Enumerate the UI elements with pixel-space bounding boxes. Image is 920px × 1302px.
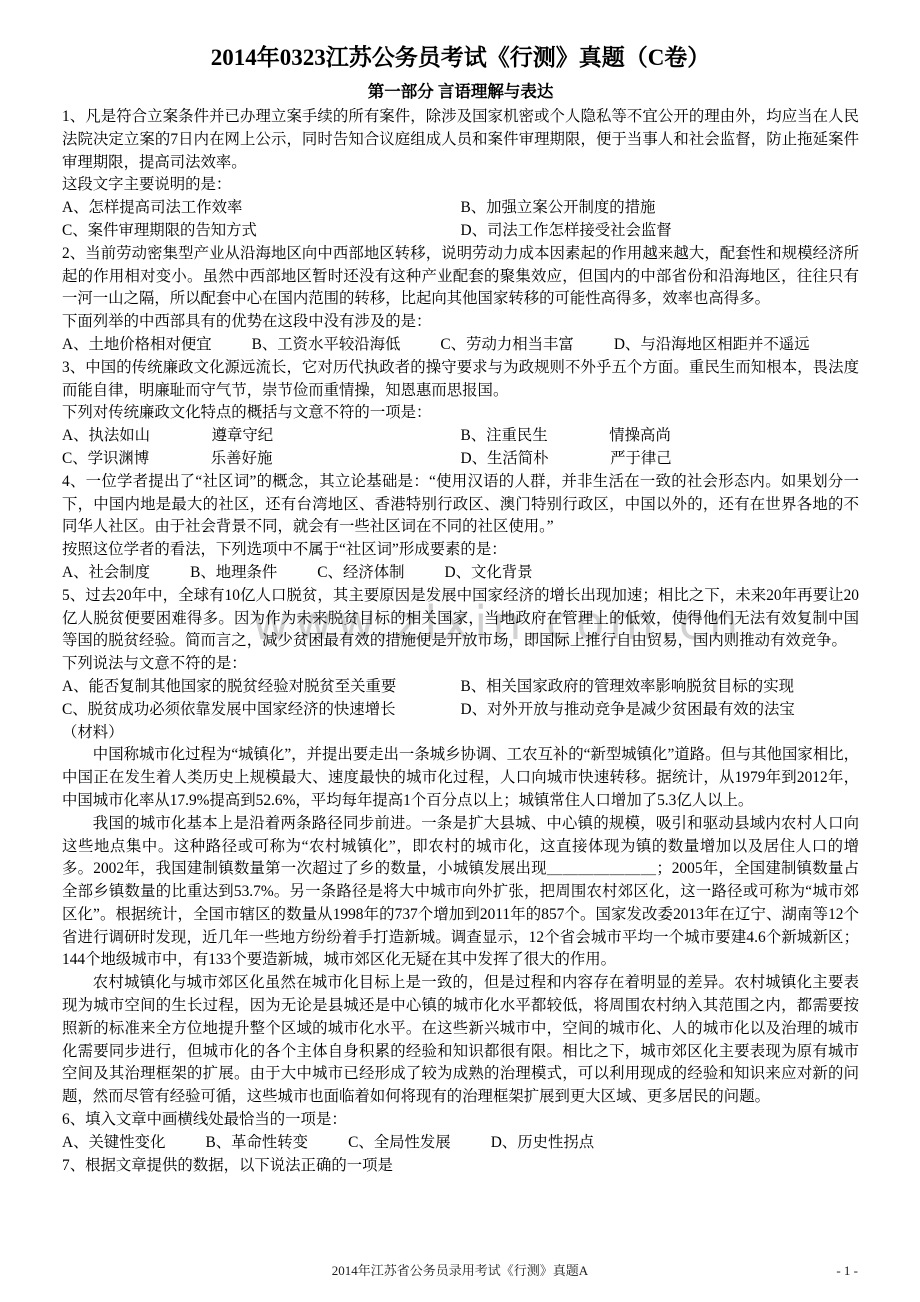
document-content: 2014年0323江苏公务员考试《行测》真题（C卷） 第一部分 言语理解与表达 … [62,44,859,1177]
section-heading: 第一部分 言语理解与表达 [62,81,859,103]
question-5-stem: 5、过去20年中，全球有10亿人口脱贫，其主要原因是发展中国家经济的增长出现加速… [62,585,859,653]
option-c: C、案件审理期限的告知方式 [62,220,461,243]
option-d: D、对外开放与推动竞争是减少贫困最有效的法宝 [461,699,860,722]
footer-page-number: - 1 - [836,1262,858,1280]
question-1-options: A、怎样提高司法工作效率 B、加强立案公开制度的措施 C、案件审理期限的告知方式… [62,197,859,243]
question-2-prompt: 下面列举的中西部具有的优势在这段中没有涉及的是： [62,311,859,334]
option-d: D、历史性拐点 [491,1132,594,1155]
question-5-prompt: 下列说法与文意不符的是： [62,653,859,676]
option-b: B、工资水平较沿海低 [252,334,401,357]
option-d: D、司法工作怎样接受社会监督 [461,220,860,243]
option-a: A、社会制度 [62,562,150,585]
material-paragraph-2: 我国的城市化基本上是沿着两条路径同步前进。一条是扩大县城、中心镇的规模，吸引和驱… [62,813,859,973]
material-paragraph-1: 中国称城市化过程为“城镇化”，并提出要走出一条城乡协调、工农互补的“新型城镇化”… [62,744,859,812]
footer-document-title: 2014年江苏省公务员录用考试《行测》真题A [62,1262,858,1280]
option-c: C、经济体制 [317,562,404,585]
option-a: A、关键性变化 [62,1132,165,1155]
page-footer: 2014年江苏省公务员录用考试《行测》真题A - 1 - [62,1262,858,1282]
option-d: D、生活简朴 严于律己 [461,448,860,471]
question-4-prompt: 按照这位学者的看法，下列选项中不属于“社区词”形成要素的是： [62,539,859,562]
option-d: D、与沿海地区相距并不遥远 [614,334,810,357]
material-label: （材料） [62,722,859,745]
option-c: C、学识渊博 乐善好施 [62,448,461,471]
question-3-stem: 3、中国的传统廉政文化源远流长，它对历代执政者的操守要求与为政规则不外乎五个方面… [62,357,859,403]
page-title: 2014年0323江苏公务员考试《行测》真题（C卷） [62,44,859,72]
option-c: C、劳动力相当丰富 [440,334,573,357]
question-1-prompt: 这段文字主要说明的是： [62,174,859,197]
question-4-options: A、社会制度 B、地理条件 C、经济体制 D、文化背景 [62,562,859,585]
option-c: C、脱贫成功必须依靠发展中国家经济的快速增长 [62,699,461,722]
option-b: B、革命性转变 [205,1132,308,1155]
question-6-prompt: 6、填入文章中画横线处最恰当的一项是： [62,1109,859,1132]
question-3-options: A、执法如山 遵章守纪 B、注重民生 情操高尚 C、学识渊博 乐善好施 D、生活… [62,425,859,471]
question-4-stem: 4、一位学者提出了“社区词”的概念，其立论基础是：“使用汉语的人群，并非生活在一… [62,471,859,539]
option-c: C、全局性发展 [348,1132,451,1155]
option-a: A、能否复制其他国家的脱贫经验对脱贫至关重要 [62,676,461,699]
option-d: D、文化背景 [445,562,533,585]
option-b: B、注重民生 情操高尚 [461,425,860,448]
question-6-options: A、关键性变化 B、革命性转变 C、全局性发展 D、历史性拐点 [62,1132,859,1155]
question-2-options: A、土地价格相对便宜 B、工资水平较沿海低 C、劳动力相当丰富 D、与沿海地区相… [62,334,859,357]
question-3-prompt: 下列对传统廉政文化特点的概括与文意不符的一项是： [62,402,859,425]
option-a: A、执法如山 遵章守纪 [62,425,461,448]
option-b: B、相关国家政府的管理效率影响脱贫目标的实现 [461,676,860,699]
question-5-options: A、能否复制其他国家的脱贫经验对脱贫至关重要 B、相关国家政府的管理效率影响脱贫… [62,676,859,722]
option-a: A、土地价格相对便宜 [62,334,212,357]
question-1-stem: 1、凡是符合立案条件并已办理立案手续的所有案件，除涉及国家机密或个人隐私等不宜公… [62,106,859,174]
option-a: A、怎样提高司法工作效率 [62,197,461,220]
material-paragraph-3: 农村城镇化与城市郊区化虽然在城市化目标上是一致的，但是过程和内容存在着明显的差异… [62,972,859,1109]
question-7-prompt: 7、根据文章提供的数据，以下说法正确的一项是 [62,1155,859,1178]
option-b: B、地理条件 [190,562,277,585]
option-b: B、加强立案公开制度的措施 [461,197,860,220]
document-page: www.zlxin.com.cn 2014年0323江苏公务员考试《行测》真题（… [0,0,920,1302]
question-2-stem: 2、当前劳动密集型产业从沿海地区向中西部地区转移，说明劳动力成本因素起的作用越来… [62,243,859,311]
